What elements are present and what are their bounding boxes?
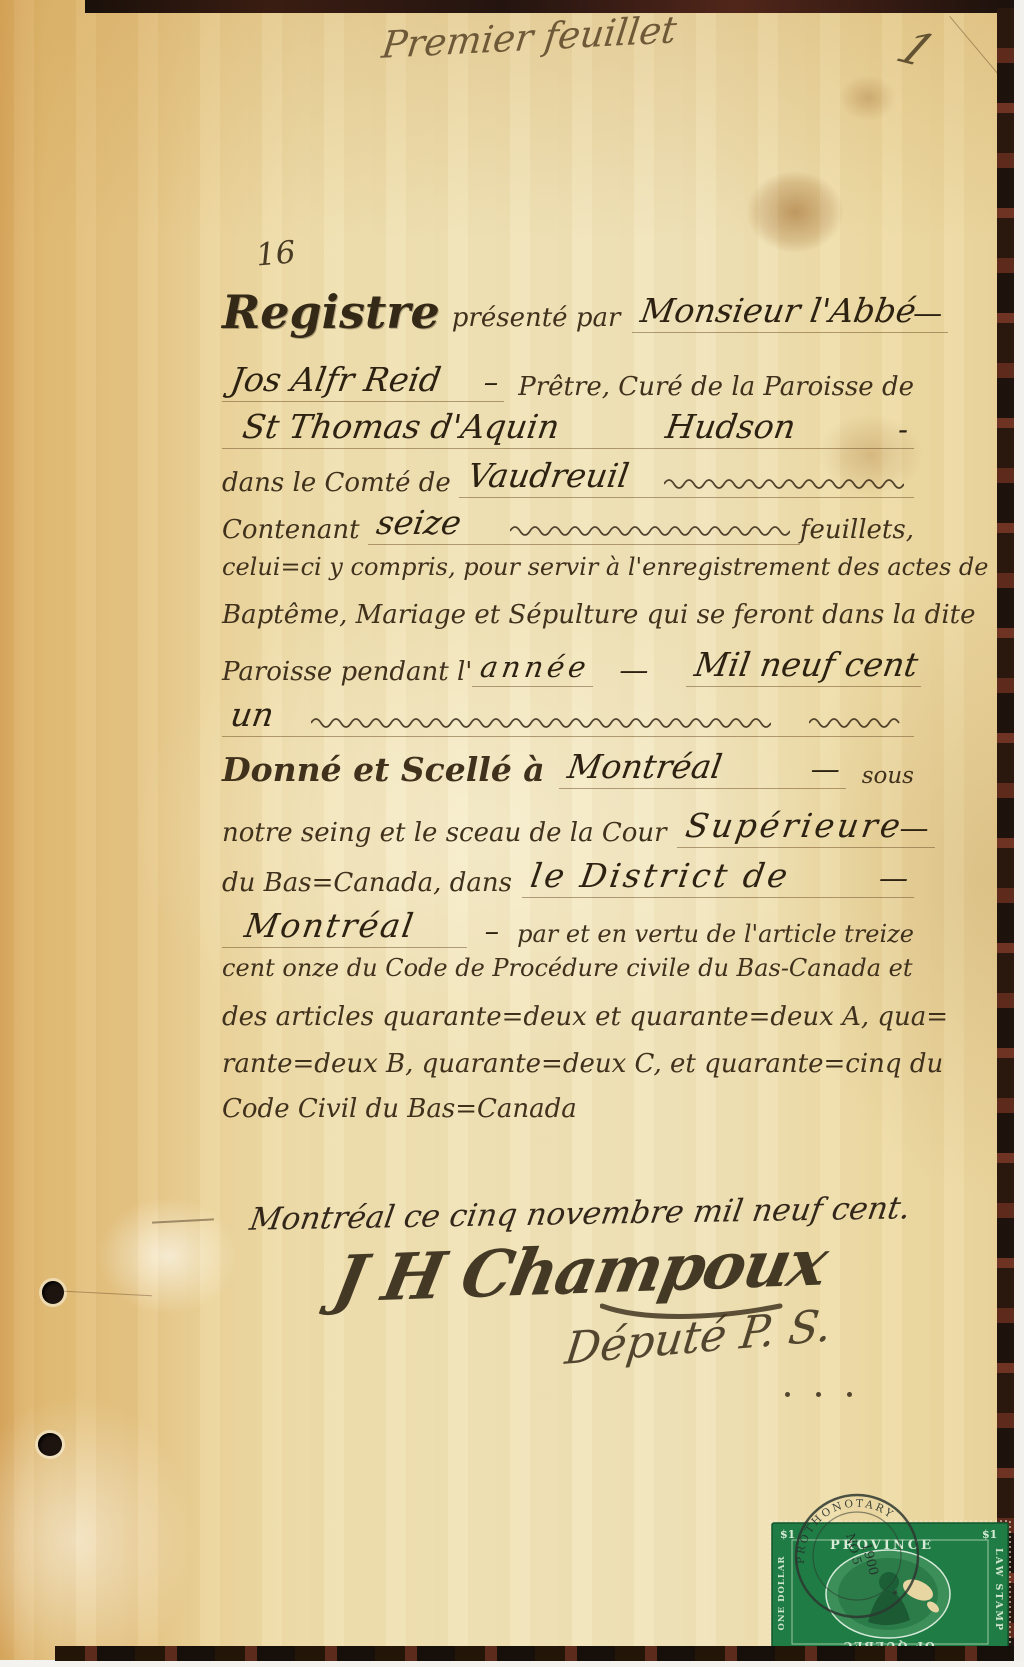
printed-text: présenté par (452, 303, 621, 333)
handwritten-entry (500, 522, 800, 545)
handwritten-entry: Montréal (222, 906, 467, 948)
form-line-3: St Thomas d'Aquin Hudson - (222, 407, 914, 449)
handwritten-text: Supérieure (683, 806, 906, 845)
handwritten-entry: St Thomas d'Aquin Hudson - (222, 407, 914, 449)
scan-margin (1014, 0, 1024, 1667)
registre-word: Registre (222, 292, 440, 333)
handwritten-entry: seize (368, 503, 500, 545)
printed-text: par et en vertu de l'article treize (517, 920, 914, 948)
handwritten-text: Hudson (663, 407, 798, 446)
printed-text: feuillets, (800, 515, 914, 545)
flourish-squiggle (311, 714, 771, 728)
handwritten-entry: Vaudreuil (459, 456, 914, 498)
stamp-text-law-stamp: LAW STAMP (993, 1548, 1004, 1632)
handwritten-text: Montréal (242, 906, 418, 945)
dash-mark: — (811, 752, 840, 786)
flourish-squiggle (809, 714, 904, 728)
printed-text: Code Civil du Bas=Canada (222, 1094, 577, 1124)
printed-text: sous (862, 763, 914, 789)
form-line-10: Donné et Scellé à Montréal — sous (222, 747, 914, 789)
printed-text: Contenant (222, 515, 360, 545)
handwritten-entry: le District de — (522, 856, 914, 898)
handwritten-text: Jos Alfr Reid (228, 360, 444, 399)
form-line-2: Jos Alfr Reid – Prêtre, Curé de la Paroi… (222, 360, 914, 402)
handwritten-text: Mil neuf cent (692, 645, 921, 684)
handwritten-entry: Montréal — (559, 747, 846, 789)
handwritten-text: le District de (528, 856, 793, 895)
printed-text: cent onze du Code de Procédure civile du… (222, 954, 913, 982)
form-line-5: Contenant seize feuillets, (222, 503, 914, 545)
punch-hole (38, 1433, 62, 1456)
form-line-16: rante=deux B, quarante=deux C, et quaran… (222, 1049, 914, 1079)
printed-text: Paroisse pendant l' (222, 657, 472, 687)
stamp-denomination: $1 (982, 1528, 997, 1541)
handwritten-entry: Supérieure — (677, 806, 935, 848)
handwritten-text: année (478, 650, 592, 684)
printed-text: du Bas=Canada, dans (222, 868, 512, 898)
form-line-8: Paroisse pendant l' année — Mil neuf cen… (222, 645, 914, 687)
stamp-text-one-dollar: ONE DOLLAR (777, 1556, 787, 1631)
form-line-6: celui=ci y compris, pour servir à l'enre… (222, 553, 914, 581)
dash-mark: — (879, 861, 908, 895)
form-line-4: dans le Comté de Vaudreuil (222, 456, 914, 498)
dash-mark: – (484, 365, 499, 399)
form-line-14: cent onze du Code de Procédure civile du… (222, 954, 914, 982)
handwritten-text: Vaudreuil (465, 456, 632, 495)
dash-mark: - (898, 412, 908, 446)
handwritten-entry: Mil neuf cent (686, 645, 921, 687)
book-edge-right (997, 8, 1014, 1658)
handwritten-entry: un (222, 695, 914, 737)
handwritten-entry: Monsieur l'Abbé — (632, 291, 948, 333)
flourish-squiggle (664, 475, 904, 489)
form-line-9: un (222, 695, 914, 737)
printed-text: Baptême, Mariage et Sépulture qui se fer… (222, 600, 975, 630)
printed-text: des articles quarante=deux et quarante=d… (222, 1002, 948, 1032)
register-number: 16 (255, 234, 297, 273)
ink-dots (785, 1392, 852, 1397)
form-line-11: notre seing et le sceau de la Cour Supér… (222, 806, 914, 848)
printed-text: notre seing et le sceau de la Cour (222, 818, 667, 848)
punch-hole (42, 1281, 64, 1304)
form-line-13: Montréal – par et en vertu de l'article … (222, 906, 914, 948)
handwritten-text: un (228, 695, 277, 734)
printed-text: dans le Comté de (222, 468, 451, 498)
handwritten-text: Monsieur l'Abbé (638, 291, 919, 330)
handwritten-entry: année (472, 650, 593, 687)
book-edge-bottom (55, 1646, 1014, 1661)
form-line-1: Registre présenté par Monsieur l'Abbé — (222, 291, 914, 333)
form-line-7: Baptême, Mariage et Sépulture qui se fer… (222, 600, 914, 630)
scanned-register-page: Premier feuillet 1 16 Registre présenté … (0, 0, 1024, 1667)
stamp-denomination: $1 (780, 1528, 795, 1541)
handwritten-entry: Jos Alfr Reid – (222, 360, 504, 402)
form-line-12: du Bas=Canada, dans le District de — (222, 856, 914, 898)
printed-text: Prêtre, Curé de la Paroisse de (518, 372, 914, 402)
dash-mark: — (619, 653, 648, 687)
handwritten-text: St Thomas d'Aquin (240, 407, 562, 446)
revenue-stamp: PROVINCE OF QUEBEC ONE DOLLAR LAW STAMP … (750, 1490, 1024, 1660)
printed-text: rante=deux B, quarante=deux C, et quaran… (222, 1049, 943, 1079)
printed-text: Donné et Scellé à (222, 750, 545, 789)
handwritten-text: Montréal (565, 747, 725, 786)
scan-margin (0, 1661, 1024, 1667)
form-line-15: des articles quarante=deux et quarante=d… (222, 1002, 914, 1032)
flourish-squiggle (510, 522, 790, 536)
book-edge-top (85, 0, 1014, 13)
form-line-17: Code Civil du Bas=Canada (222, 1094, 914, 1124)
handwritten-text: seize (374, 503, 464, 542)
dash-mark: – (485, 914, 500, 948)
printed-text: celui=ci y compris, pour servir à l'enre… (222, 553, 988, 581)
